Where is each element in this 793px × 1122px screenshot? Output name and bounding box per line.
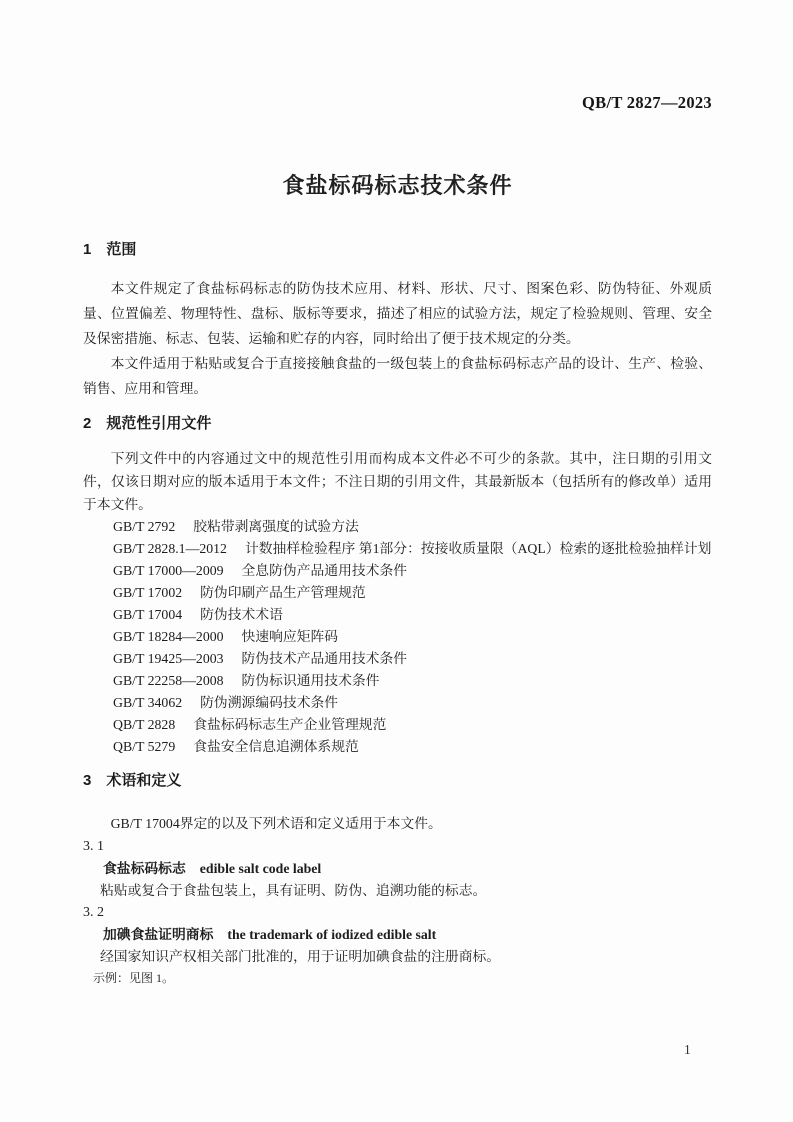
clause-1-heading: 1范围 bbox=[83, 240, 712, 260]
reference-item: GB/T 17004防伪技术术语 bbox=[113, 604, 712, 626]
term-entry: 3. 2 加碘食盐证明商标the trademark of iodized ed… bbox=[83, 902, 712, 988]
reference-title: 胶粘带剥离强度的试验方法 bbox=[193, 519, 359, 534]
clause-2-heading: 2规范性引用文件 bbox=[83, 414, 712, 434]
term-definition: 粘贴或复合于食盐包装上，具有证明、防伪、追溯功能的标志。 bbox=[83, 880, 712, 902]
reference-item: GB/T 34062防伪溯源编码技术条件 bbox=[113, 692, 712, 714]
term-en: edible salt code label bbox=[200, 861, 321, 876]
reference-title: 食盐标码标志生产企业管理规范 bbox=[193, 717, 386, 732]
example-note: 示例：见图 1。 bbox=[83, 968, 712, 988]
reference-title: 防伪技术产品通用技术条件 bbox=[242, 651, 408, 666]
clause-3-title: 术语和定义 bbox=[106, 772, 181, 789]
term-definition: 经国家知识产权相关部门批准的，用于证明加碘食盐的注册商标。 bbox=[83, 946, 712, 968]
document-title: 食盐标码标志技术条件 bbox=[83, 169, 712, 200]
reference-item: GB/T 19425—2003防伪技术产品通用技术条件 bbox=[113, 648, 712, 670]
clause-3-heading: 3术语和定义 bbox=[83, 771, 712, 791]
references-intro: 下列文件中的内容通过文中的规范性引用而构成本文件必不可少的条款。其中，注日期的引… bbox=[83, 447, 712, 516]
reference-code: QB/T 2828 bbox=[113, 717, 175, 732]
reference-title: 防伪溯源编码技术条件 bbox=[200, 695, 338, 710]
reference-title: 食盐安全信息追溯体系规范 bbox=[193, 739, 359, 754]
reference-title: 防伪标识通用技术条件 bbox=[242, 673, 380, 688]
clause-3-number: 3 bbox=[83, 771, 91, 791]
reference-item: GB/T 2828.1—2012计数抽样检验程序 第1部分：按接收质量限（AQL… bbox=[113, 538, 712, 560]
reference-item: GB/T 17002防伪印刷产品生产管理规范 bbox=[113, 582, 712, 604]
reference-code: GB/T 18284—2000 bbox=[113, 629, 224, 644]
reference-code: GB/T 2828.1—2012 bbox=[113, 541, 227, 556]
reference-item: GB/T 18284—2000快速响应矩阵码 bbox=[113, 626, 712, 648]
reference-code: GB/T 19425—2003 bbox=[113, 651, 224, 666]
reference-title: 全息防伪产品通用技术条件 bbox=[242, 563, 408, 578]
term-en: the trademark of iodized edible salt bbox=[227, 927, 436, 942]
reference-item: QB/T 5279食盐安全信息追溯体系规范 bbox=[113, 736, 712, 758]
term-zh: 食盐标码标志 bbox=[103, 861, 186, 876]
reference-title: 计数抽样检验程序 第1部分：按接收质量限（AQL）检索的逐批检验抽样计划 bbox=[245, 541, 711, 556]
reference-item: GB/T 17000—2009全息防伪产品通用技术条件 bbox=[113, 560, 712, 582]
reference-code: GB/T 17002 bbox=[113, 585, 182, 600]
clause-1-number: 1 bbox=[83, 240, 91, 260]
term-entries: 3. 1 食盐标码标志edible salt code label 粘贴或复合于… bbox=[83, 836, 712, 988]
reference-code: GB/T 2792 bbox=[113, 519, 175, 534]
reference-title: 快速响应矩阵码 bbox=[242, 629, 339, 644]
clause-normative-references: 2规范性引用文件 下列文件中的内容通过文中的规范性引用而构成本文件必不可少的条款… bbox=[83, 414, 712, 758]
reference-code: GB/T 17000—2009 bbox=[113, 563, 224, 578]
reference-item: GB/T 22258—2008防伪标识通用技术条件 bbox=[113, 670, 712, 692]
reference-list: GB/T 2792胶粘带剥离强度的试验方法 GB/T 2828.1—2012计数… bbox=[83, 516, 712, 758]
terms-intro: GB/T 17004界定的以及下列术语和定义适用于本文件。 bbox=[83, 811, 712, 836]
document-page: QB/T 2827—2023 食盐标码标志技术条件 1范围 本文件规定了食盐标码… bbox=[0, 0, 793, 1122]
clause-1-title: 范围 bbox=[106, 241, 136, 258]
reference-item: QB/T 2828食盐标码标志生产企业管理规范 bbox=[113, 714, 712, 736]
clause-2-number: 2 bbox=[83, 414, 91, 434]
term-number: 3. 2 bbox=[83, 902, 712, 924]
term-heading: 食盐标码标志edible salt code label bbox=[83, 858, 712, 880]
term-number: 3. 1 bbox=[83, 836, 712, 858]
clause-terms-definitions: 3术语和定义 GB/T 17004界定的以及下列术语和定义适用于本文件。 3. … bbox=[83, 771, 712, 988]
standard-number: QB/T 2827—2023 bbox=[83, 93, 712, 113]
reference-title: 防伪技术术语 bbox=[200, 607, 283, 622]
term-entry: 3. 1 食盐标码标志edible salt code label 粘贴或复合于… bbox=[83, 836, 712, 902]
scope-paragraph-2: 本文件适用于粘贴或复合于直接接触食盐的一级包装上的食盐标码标志产品的设计、生产、… bbox=[83, 351, 712, 401]
reference-code: GB/T 17004 bbox=[113, 607, 182, 622]
clause-2-title: 规范性引用文件 bbox=[106, 415, 211, 432]
reference-title: 防伪印刷产品生产管理规范 bbox=[200, 585, 366, 600]
reference-code: QB/T 5279 bbox=[113, 739, 175, 754]
reference-code: GB/T 34062 bbox=[113, 695, 182, 710]
reference-item: GB/T 2792胶粘带剥离强度的试验方法 bbox=[113, 516, 712, 538]
clause-scope: 1范围 本文件规定了食盐标码标志的防伪技术应用、材料、形状、尺寸、图案色彩、防伪… bbox=[83, 240, 712, 401]
reference-code: GB/T 22258—2008 bbox=[113, 673, 224, 688]
scope-paragraph-1: 本文件规定了食盐标码标志的防伪技术应用、材料、形状、尺寸、图案色彩、防伪特征、外… bbox=[83, 276, 712, 351]
term-zh: 加碘食盐证明商标 bbox=[103, 927, 213, 942]
term-heading: 加碘食盐证明商标the trademark of iodized edible … bbox=[83, 924, 712, 946]
page-number: 1 bbox=[684, 1042, 691, 1058]
